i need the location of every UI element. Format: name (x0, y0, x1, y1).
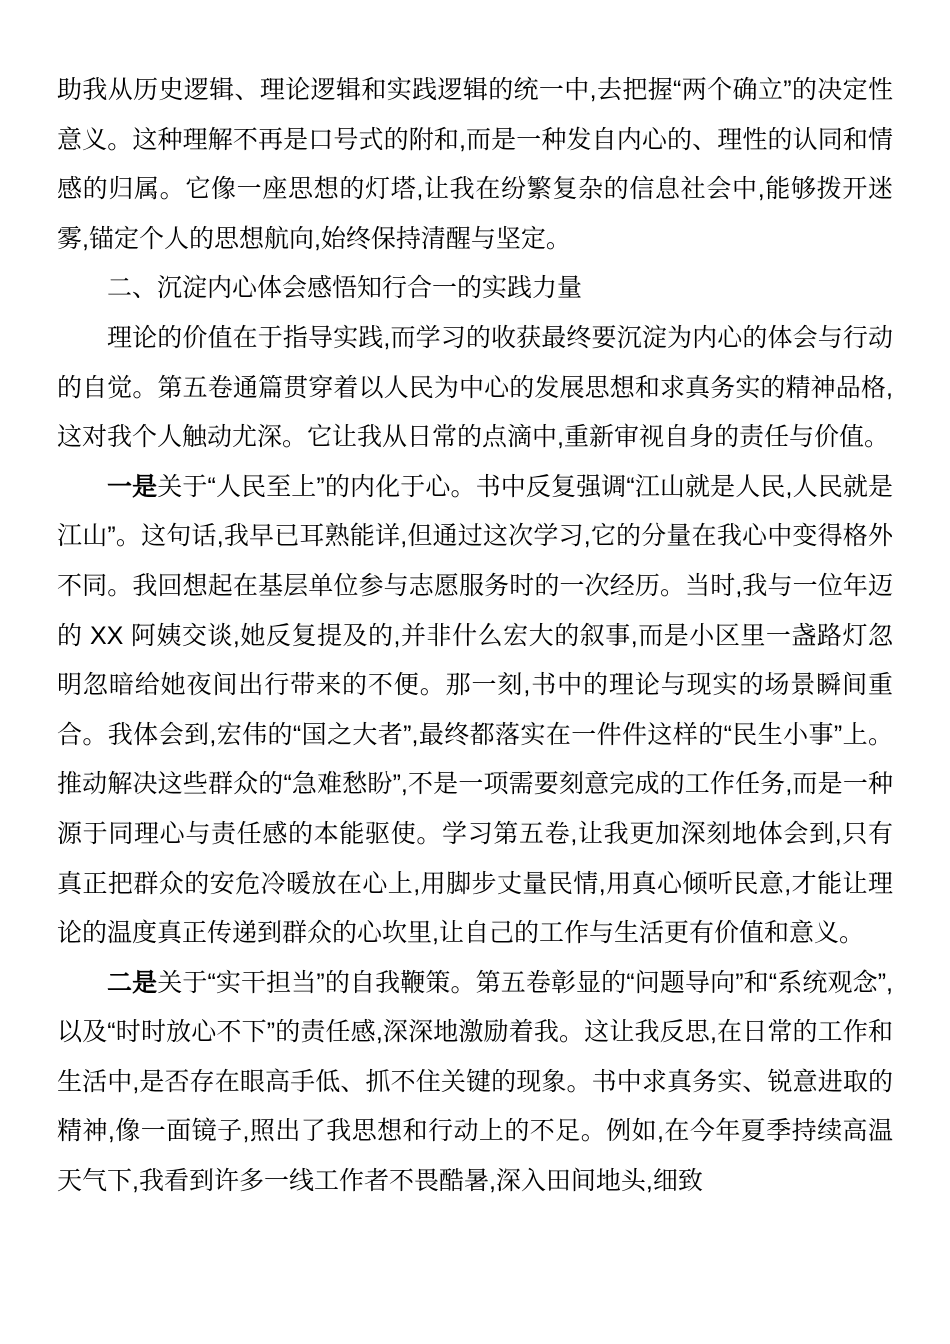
text-run: 助我从历史逻辑、理论逻辑和实践逻辑的统一中,去把握“两个确立”的决定性意义。这种… (57, 76, 893, 253)
body-paragraph-point-1: 一是关于“人民至上”的内化于心。书中反复强调“江山就是人民,人民就是江山”。这句… (57, 463, 893, 959)
body-paragraph-continued: 助我从历史逻辑、理论逻辑和实践逻辑的统一中,去把握“两个确立”的决定性意义。这种… (57, 66, 893, 264)
section-heading: 二、沉淀内心体会感悟知行合一的实践力量 (57, 264, 893, 314)
text-run: 二、沉淀内心体会感悟知行合一的实践力量 (107, 274, 582, 302)
text-run: 理论的价值在于指导实践,而学习的收获最终要沉淀为内心的体会与行动的自觉。第五卷通… (57, 324, 893, 451)
text-run: 关于“人民至上”的内化于心。书中反复强调“江山就是人民,人民就是江山”。这句话,… (57, 473, 893, 947)
body-paragraph-point-2: 二是关于“实干担当”的自我鞭策。第五卷彰显的“问题导向”和“系统观念”,以及“时… (57, 959, 893, 1207)
document-page: 助我从历史逻辑、理论逻辑和实践逻辑的统一中,去把握“两个确立”的决定性意义。这种… (0, 0, 950, 1344)
text-run: 关于“实干担当”的自我鞭策。第五卷彰显的“问题导向”和“系统观念”,以及“时时放… (57, 969, 893, 1195)
text-run-bold: 一是 (107, 473, 157, 501)
text-run-bold: 二是 (107, 969, 157, 997)
body-paragraph: 理论的价值在于指导实践,而学习的收获最终要沉淀为内心的体会与行动的自觉。第五卷通… (57, 314, 893, 463)
